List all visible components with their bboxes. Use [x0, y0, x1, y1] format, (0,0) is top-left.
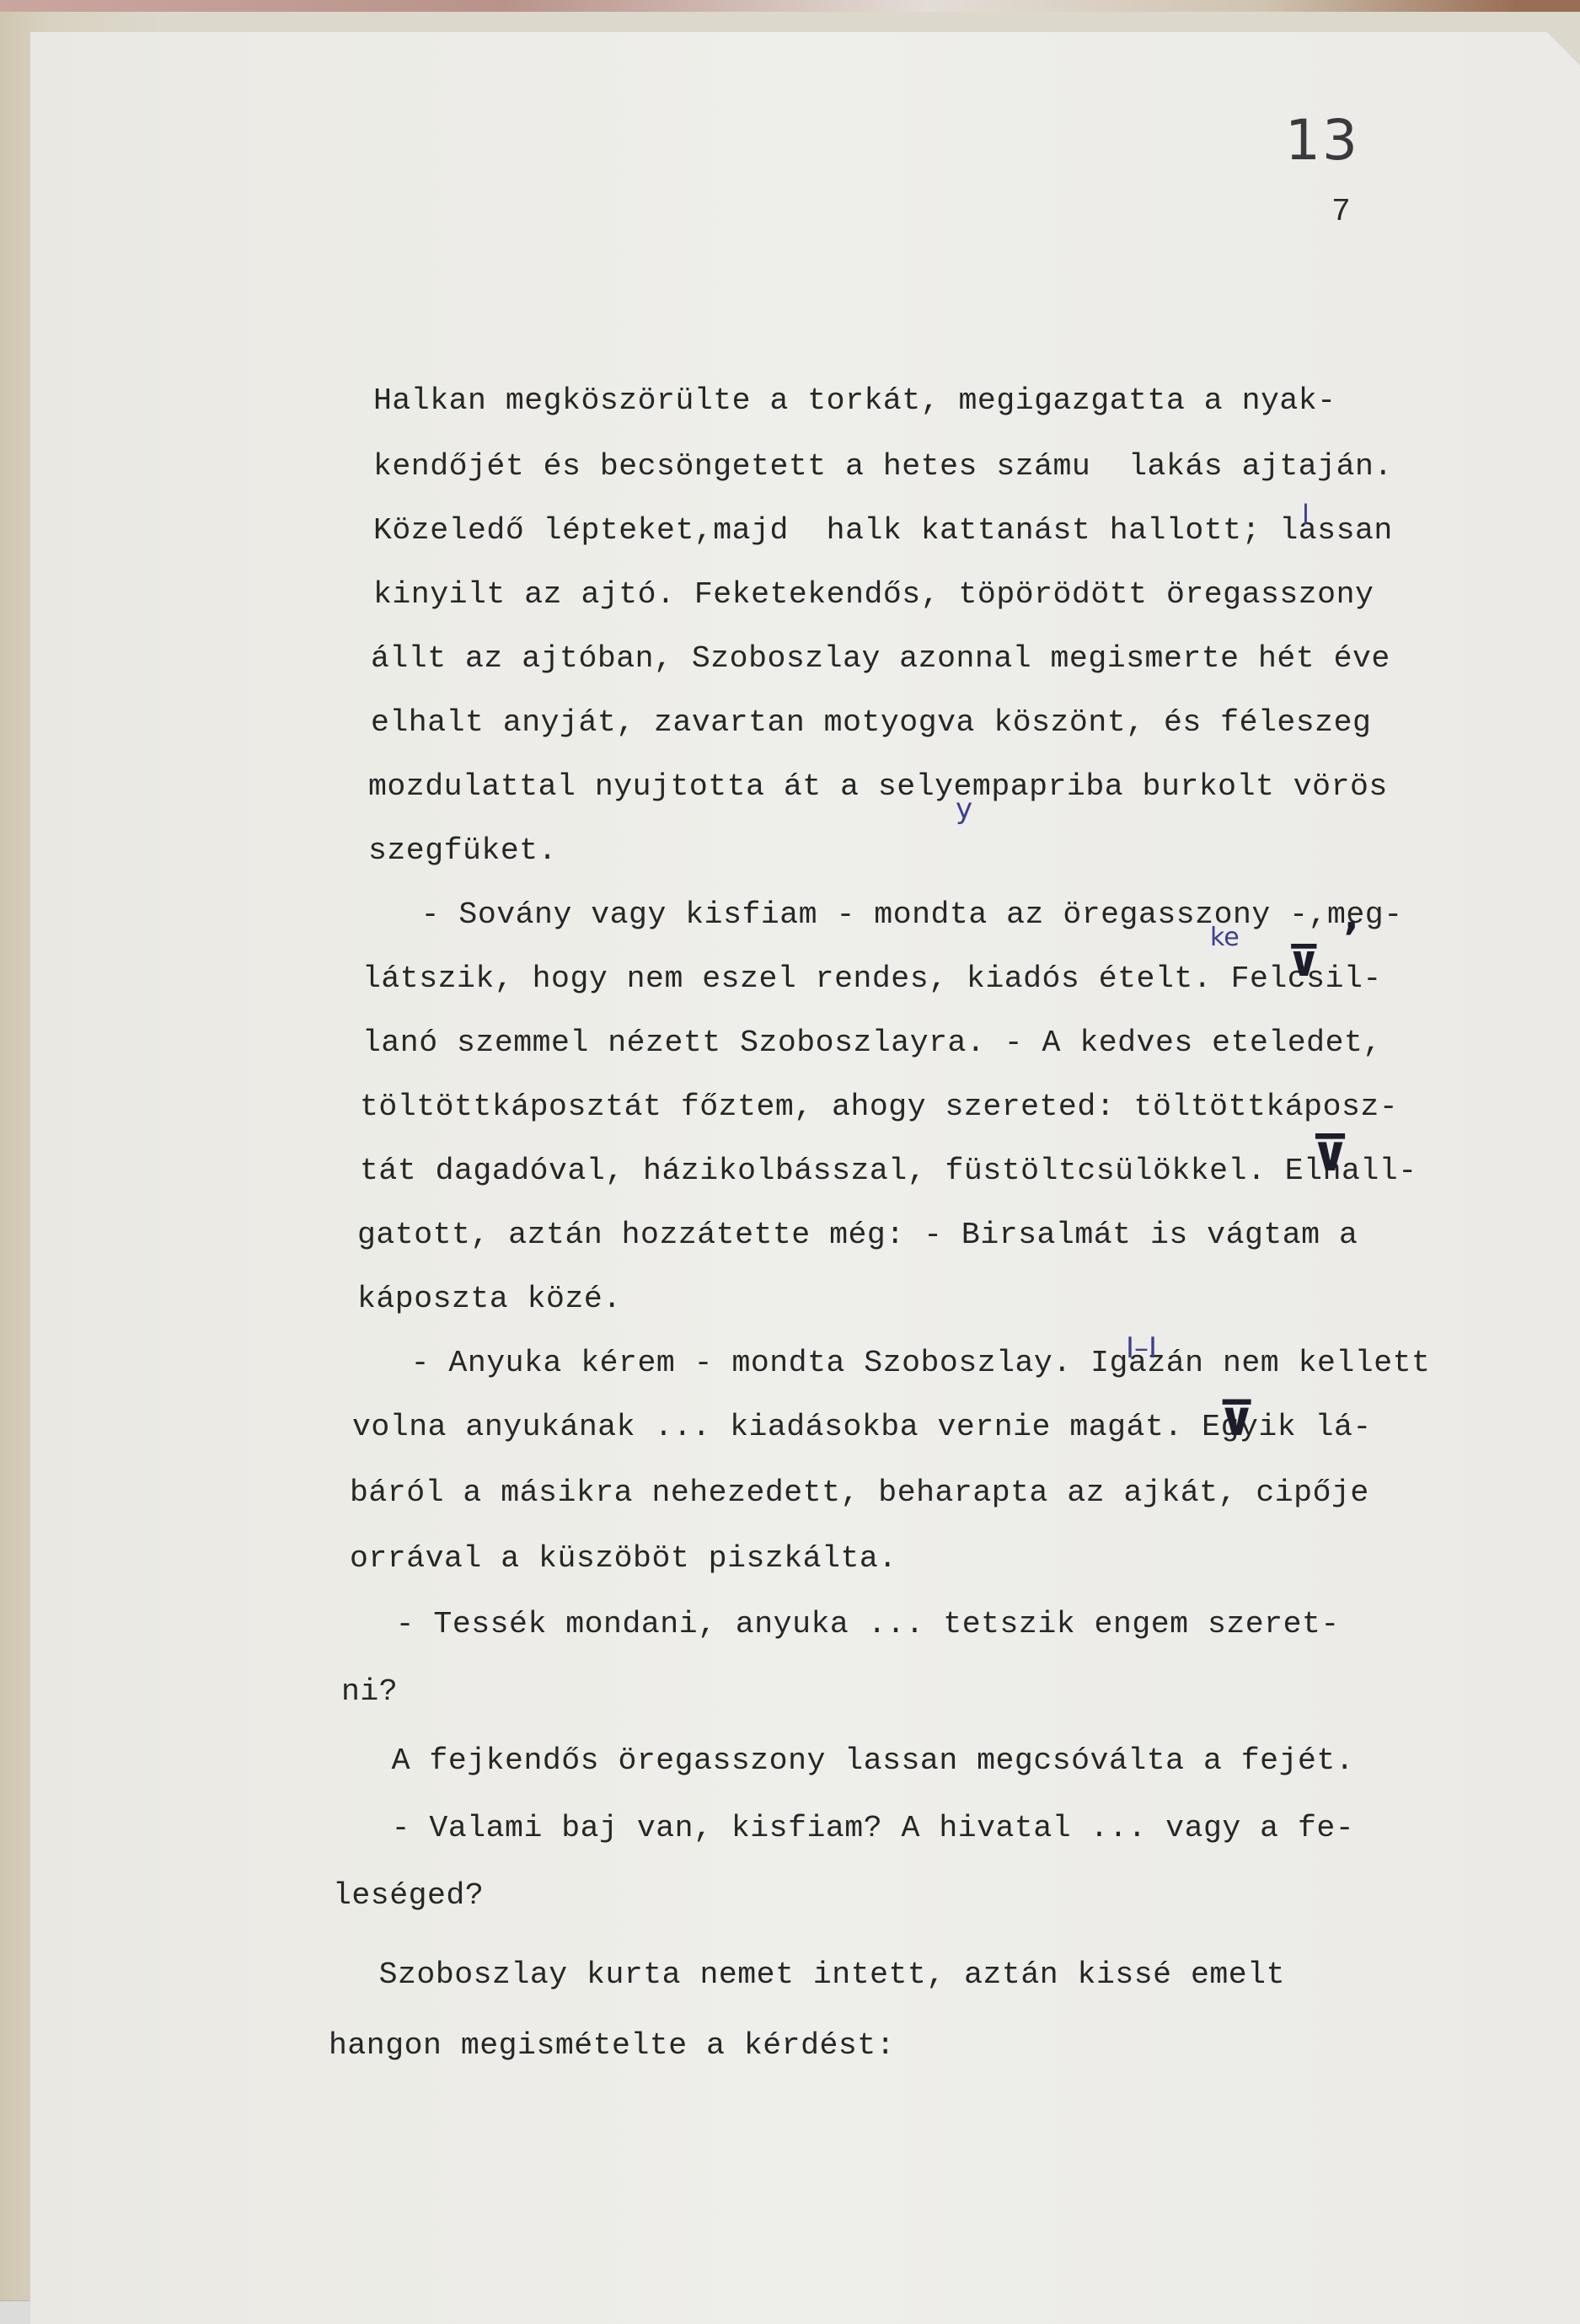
correction-dash-mark: I–I	[1126, 1331, 1157, 1365]
text-line: Szoboszlay kurta nemet intett, aztán kis…	[303, 1960, 1285, 1991]
correction-lassan-mark: l	[1302, 499, 1310, 531]
typed-page-number: 7	[1331, 194, 1351, 230]
text-line: - Sovány vagy kisfiam - mondta az öregas…	[345, 900, 1403, 931]
text-line: látszik, hogy nem eszel rendes, kiadós é…	[362, 964, 1382, 995]
correction-comma-mark: ,	[1344, 893, 1358, 939]
text-line: orrával a küszöböt piszkálta.	[350, 1544, 897, 1575]
correction-ke-insert: ke	[1210, 923, 1240, 952]
text-line: kinyilt az ajtó. Feketekendős, töpörödöt…	[373, 580, 1374, 611]
handwritten-page-number: 13	[1285, 108, 1359, 173]
text-line: tát dagadóval, házikolbásszal, füstöltcs…	[360, 1156, 1417, 1187]
text-line: leséged?	[333, 1881, 484, 1912]
text-line: mozdulattal nyujtotta át a selyempapriba…	[368, 772, 1388, 803]
text-line: - Tessék mondani, anyuka ... tetszik eng…	[320, 1609, 1340, 1641]
text-line: - Valami baj van, kisfiam? A hivatal ...…	[316, 1813, 1354, 1845]
text-line: töltöttkáposztát főztem, ahogy szereted:…	[360, 1092, 1398, 1123]
text-line: ni?	[341, 1677, 398, 1708]
paragraph-mark-icon: ⊽	[1310, 1125, 1350, 1182]
text-line: hangon megismételte a kérdést:	[329, 2031, 895, 2062]
text-line: káposzta közé.	[357, 1284, 622, 1315]
correction-selyem-mark: y	[956, 792, 972, 826]
text-line: Közeledő lépteket,majd halk kattanást ha…	[373, 516, 1393, 547]
paragraph-mark-icon: ⊽	[1287, 937, 1321, 986]
text-line: - Anyuka kérem - mondta Szoboszlay. Igaz…	[335, 1348, 1430, 1379]
text-line: gatott, aztán hozzátette még: - Birsalmá…	[357, 1220, 1358, 1251]
text-line: elhalt anyját, zavartan motyogva köszönt…	[371, 708, 1371, 739]
text-line: lanó szemmel nézett Szoboszlayra. - A ke…	[362, 1028, 1382, 1059]
text-line: Halkan megköszörülte a torkát, megigazga…	[373, 386, 1336, 417]
text-line: állt az ajtóban, Szoboszlay azonnal megi…	[371, 644, 1390, 675]
text-line: A fejkendős öregasszony lassan megcsóvál…	[316, 1746, 1354, 1777]
text-line: kendőjét és becsöngetett a hetes számu l…	[373, 452, 1393, 483]
text-line: báról a másikra nehezedett, beharapta az…	[350, 1478, 1369, 1509]
text-line: szegfüket.	[368, 836, 557, 867]
desk-edge	[0, 0, 1580, 12]
paragraph-mark-icon: ⊽	[1218, 1392, 1256, 1447]
